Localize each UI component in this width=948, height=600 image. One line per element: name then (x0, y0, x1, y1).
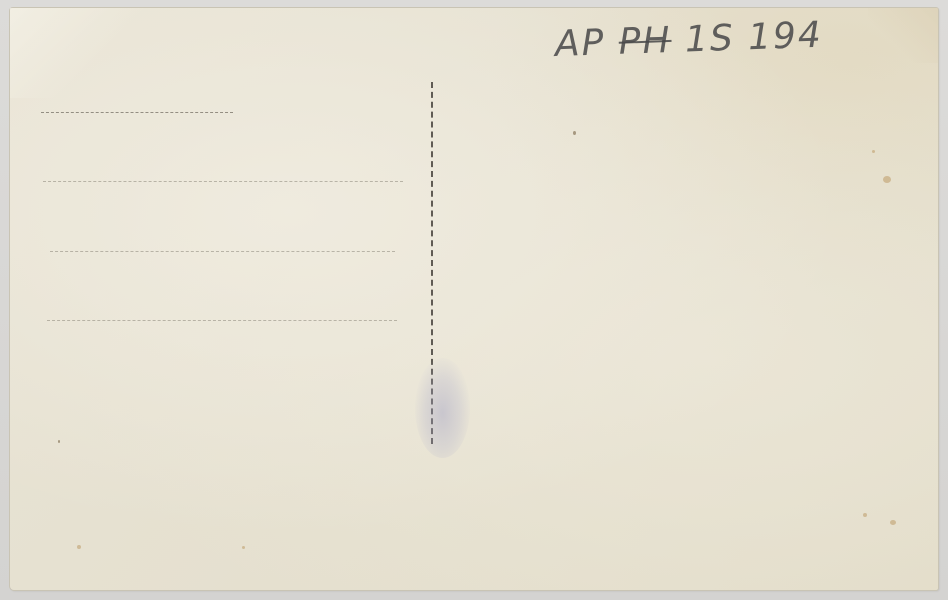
speck (58, 440, 60, 443)
dotted-line-4 (47, 320, 397, 321)
postcard-back: AP PH 1S 194 (10, 8, 938, 590)
annotation-part-2: PH (618, 20, 672, 63)
dotted-line-1 (41, 112, 233, 113)
dotted-line-2 (43, 181, 403, 182)
speck (863, 513, 867, 517)
speck (890, 520, 896, 525)
dotted-line-3 (50, 251, 395, 252)
speck (573, 131, 576, 135)
speck (242, 546, 245, 549)
annotation-part-1: AP (554, 22, 606, 65)
annotation-part-4: 194 (747, 15, 823, 59)
annotation-part-3: 1S (684, 18, 735, 61)
speck (872, 150, 875, 153)
center-divider-line (431, 82, 433, 444)
corner-crease-top-right (868, 8, 938, 63)
handwritten-annotation: AP PH 1S 194 (554, 15, 823, 65)
corner-crease-top-left (10, 8, 150, 98)
image-stage: AP PH 1S 194 (0, 0, 948, 600)
ink-stain (415, 358, 470, 458)
speck (883, 176, 891, 183)
speck (77, 545, 81, 549)
